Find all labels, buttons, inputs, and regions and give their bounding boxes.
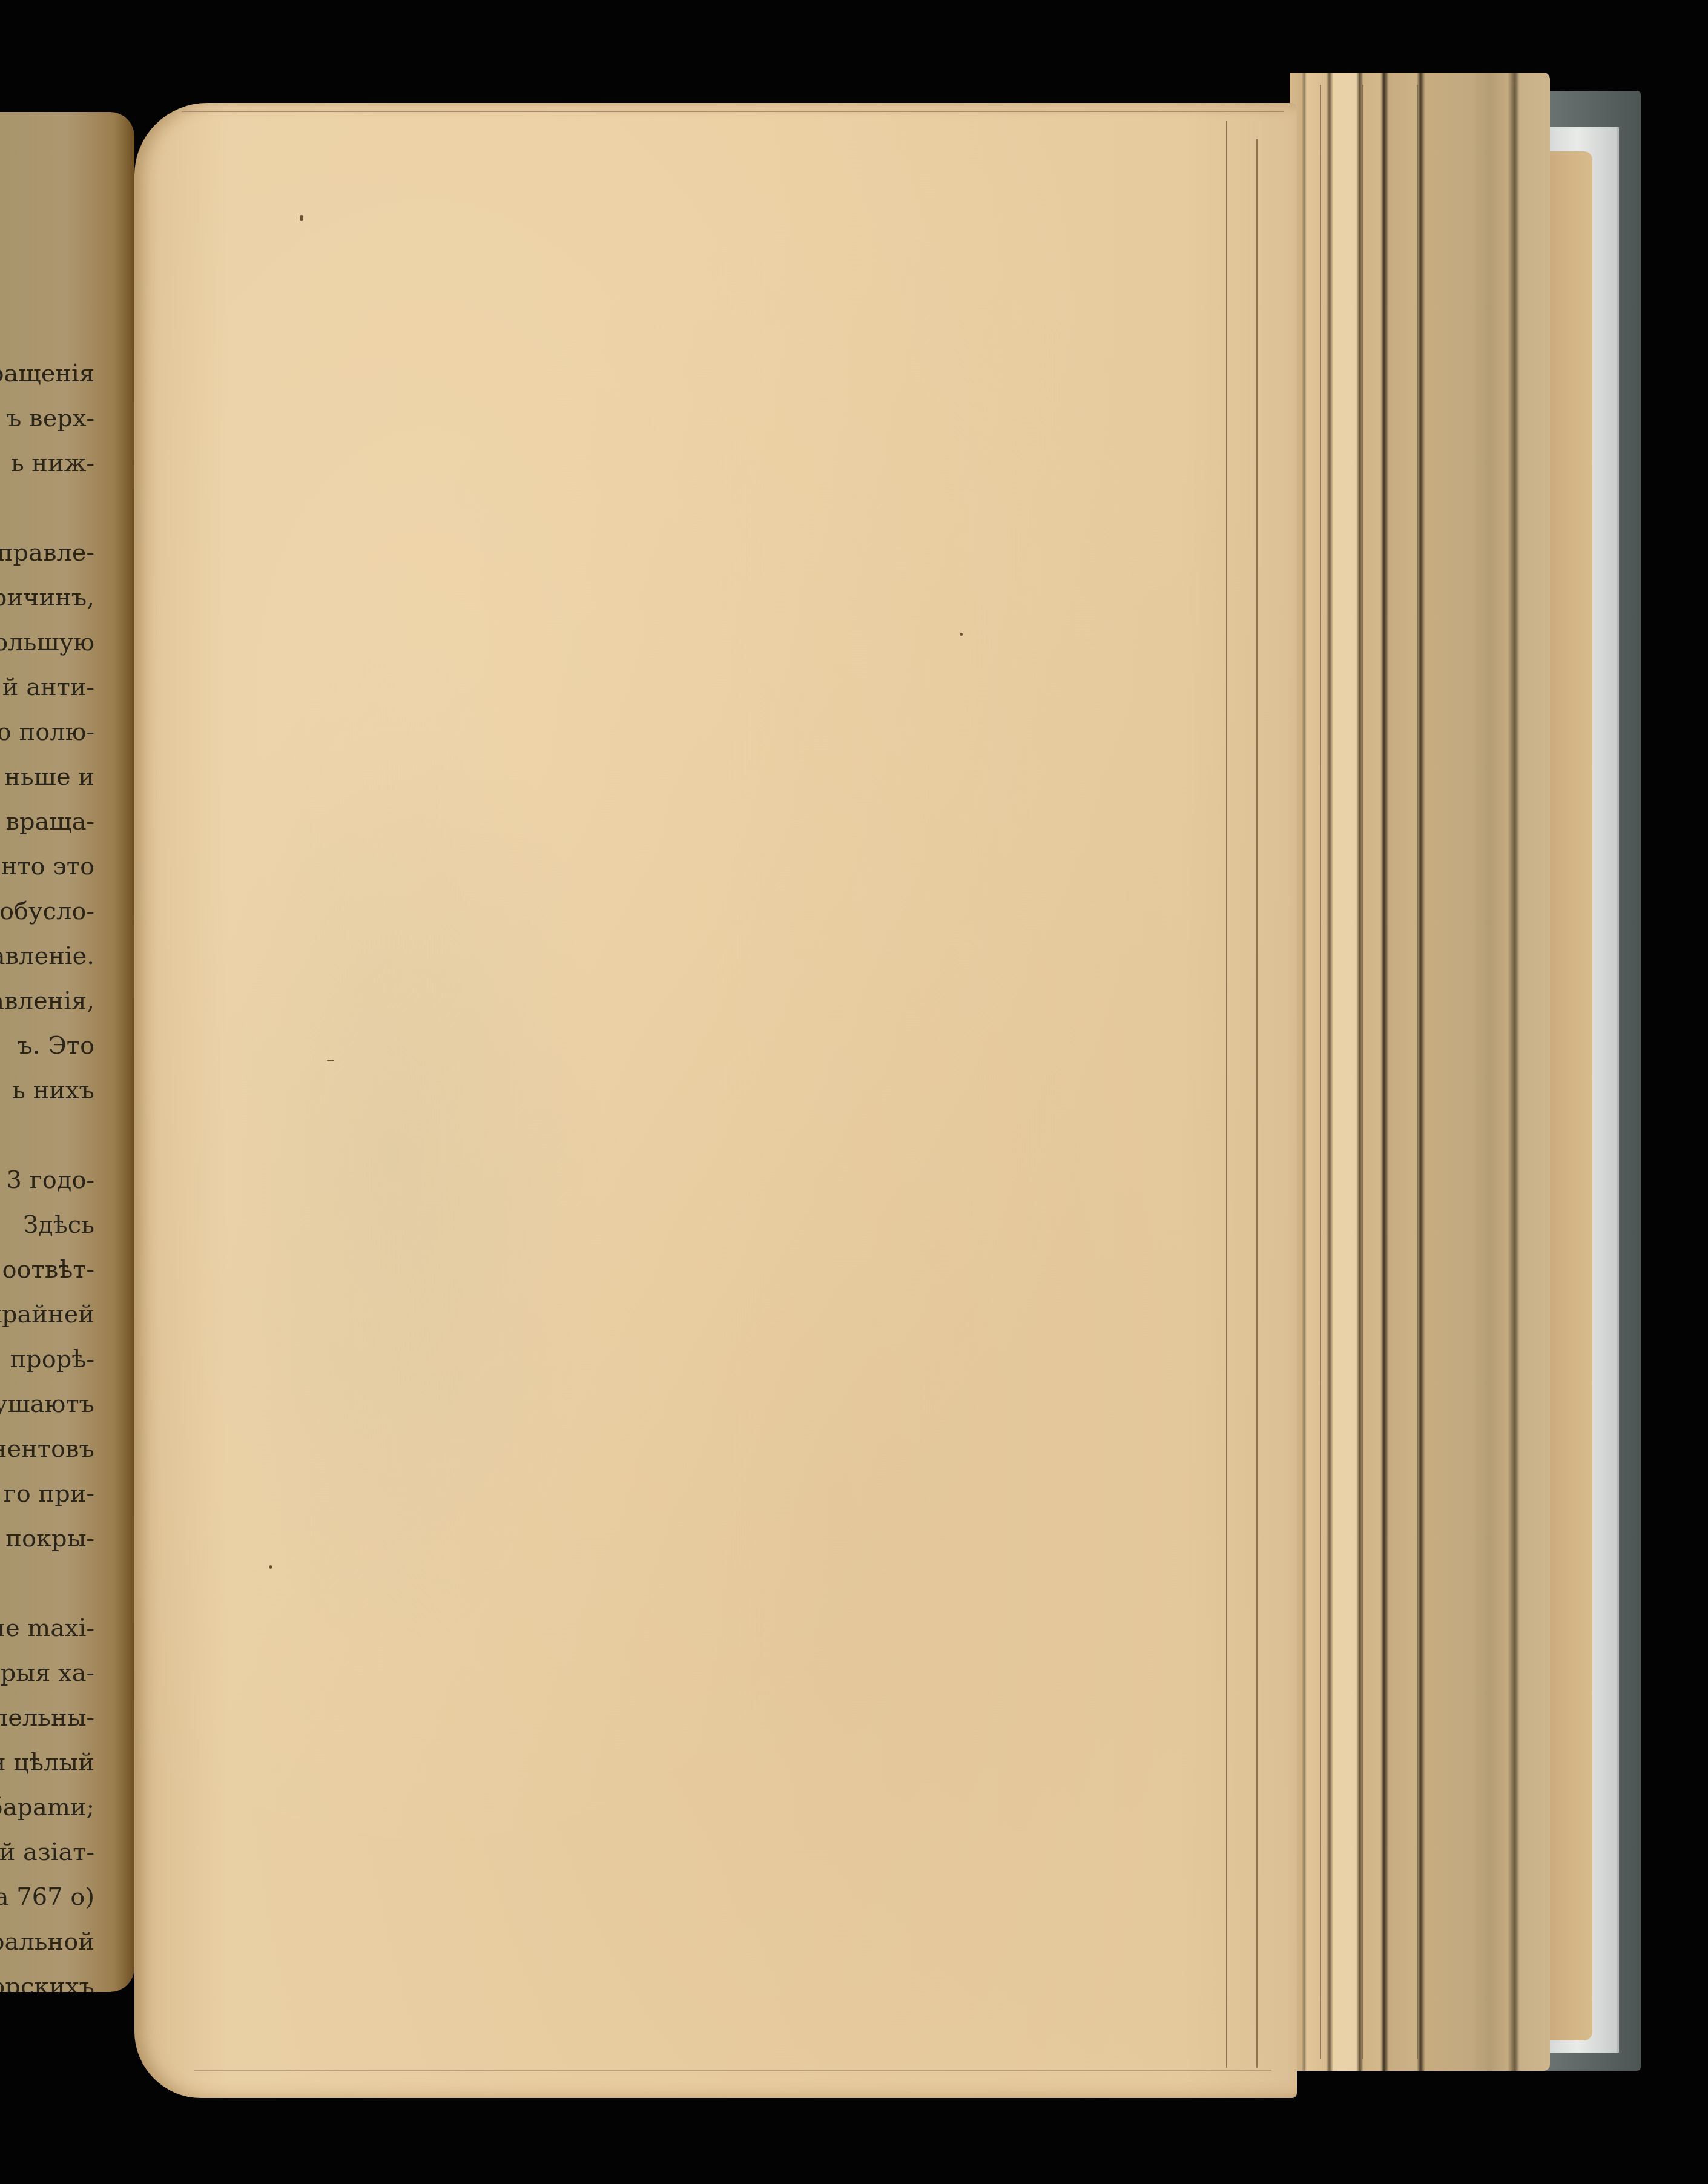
paper-speck [327, 1060, 334, 1061]
left-page-text: ращенія ъ верх- ь ниж- правле- ричинъ, о… [0, 351, 94, 1992]
page-edge-line [1320, 85, 1321, 2059]
text-line: ньше и [0, 754, 94, 799]
text-line [0, 1561, 94, 1606]
text-line: крайней [0, 1292, 94, 1337]
text-line: н цѣлый [0, 1740, 94, 1785]
text-line: нто это [0, 844, 94, 889]
paper-speck [960, 633, 963, 636]
text-line: враща- [0, 799, 94, 844]
text-line: а 767 о) [0, 1875, 94, 1919]
text-line: о полю- [0, 710, 94, 754]
page-edge-line [1362, 85, 1363, 2059]
text-line: ращенія [0, 351, 94, 396]
page-edge-line [1514, 85, 1515, 2059]
page-frame-line [1256, 139, 1258, 2068]
text-line: ъ. Это [0, 1023, 94, 1068]
text-line: нентовъ [0, 1427, 94, 1471]
text-line: ие maxi- [0, 1606, 94, 1651]
text-line: правле- [0, 530, 94, 575]
page-bottom-edge [194, 2070, 1271, 2071]
text-line: ушаютъ [0, 1382, 94, 1427]
text-line: ь нихъ [0, 1068, 94, 1113]
paper-speck [269, 1565, 272, 1569]
text-line: прорѣ- [0, 1337, 94, 1382]
text-line: 3 годо- [0, 1158, 94, 1203]
text-line: го при- [0, 1471, 94, 1516]
text-line: ий азіат- [0, 1830, 94, 1875]
text-line: ь ниж- [0, 441, 94, 486]
page-frame-line [1226, 121, 1227, 2068]
text-line: авленія, [0, 978, 94, 1023]
text-line: ричинъ, [0, 575, 94, 620]
text-line: авленіе. [0, 934, 94, 978]
text-line: бараmи; [0, 1785, 94, 1830]
text-line: ральной [0, 1919, 94, 1964]
text-line: ольшую [0, 620, 94, 665]
bleed-through-ghost [182, 636, 605, 1665]
left-page: ращенія ъ верх- ь ниж- правле- ричинъ, о… [0, 112, 134, 1992]
text-line [0, 486, 94, 530]
text-line: й анти- [0, 665, 94, 710]
page-top-edge [182, 111, 1284, 112]
text-line: покры- [0, 1516, 94, 1561]
text-line: ъ верх- [0, 396, 94, 441]
text-line: оотвѣт- [0, 1247, 94, 1292]
page-edge-stack [1290, 73, 1550, 2071]
text-line: Здѣсь [0, 1203, 94, 1247]
text-line [0, 1113, 94, 1158]
book-scan: ращенія ъ верх- ь ниж- правле- ричинъ, о… [0, 0, 1708, 2184]
paper-speck [300, 215, 303, 221]
text-line: обусло- [0, 889, 94, 934]
page-edge-line [1417, 85, 1418, 2059]
text-line: лельны- [0, 1695, 94, 1740]
text-line: рыя ха- [0, 1651, 94, 1695]
text-line: орскихъ [0, 1964, 94, 1992]
